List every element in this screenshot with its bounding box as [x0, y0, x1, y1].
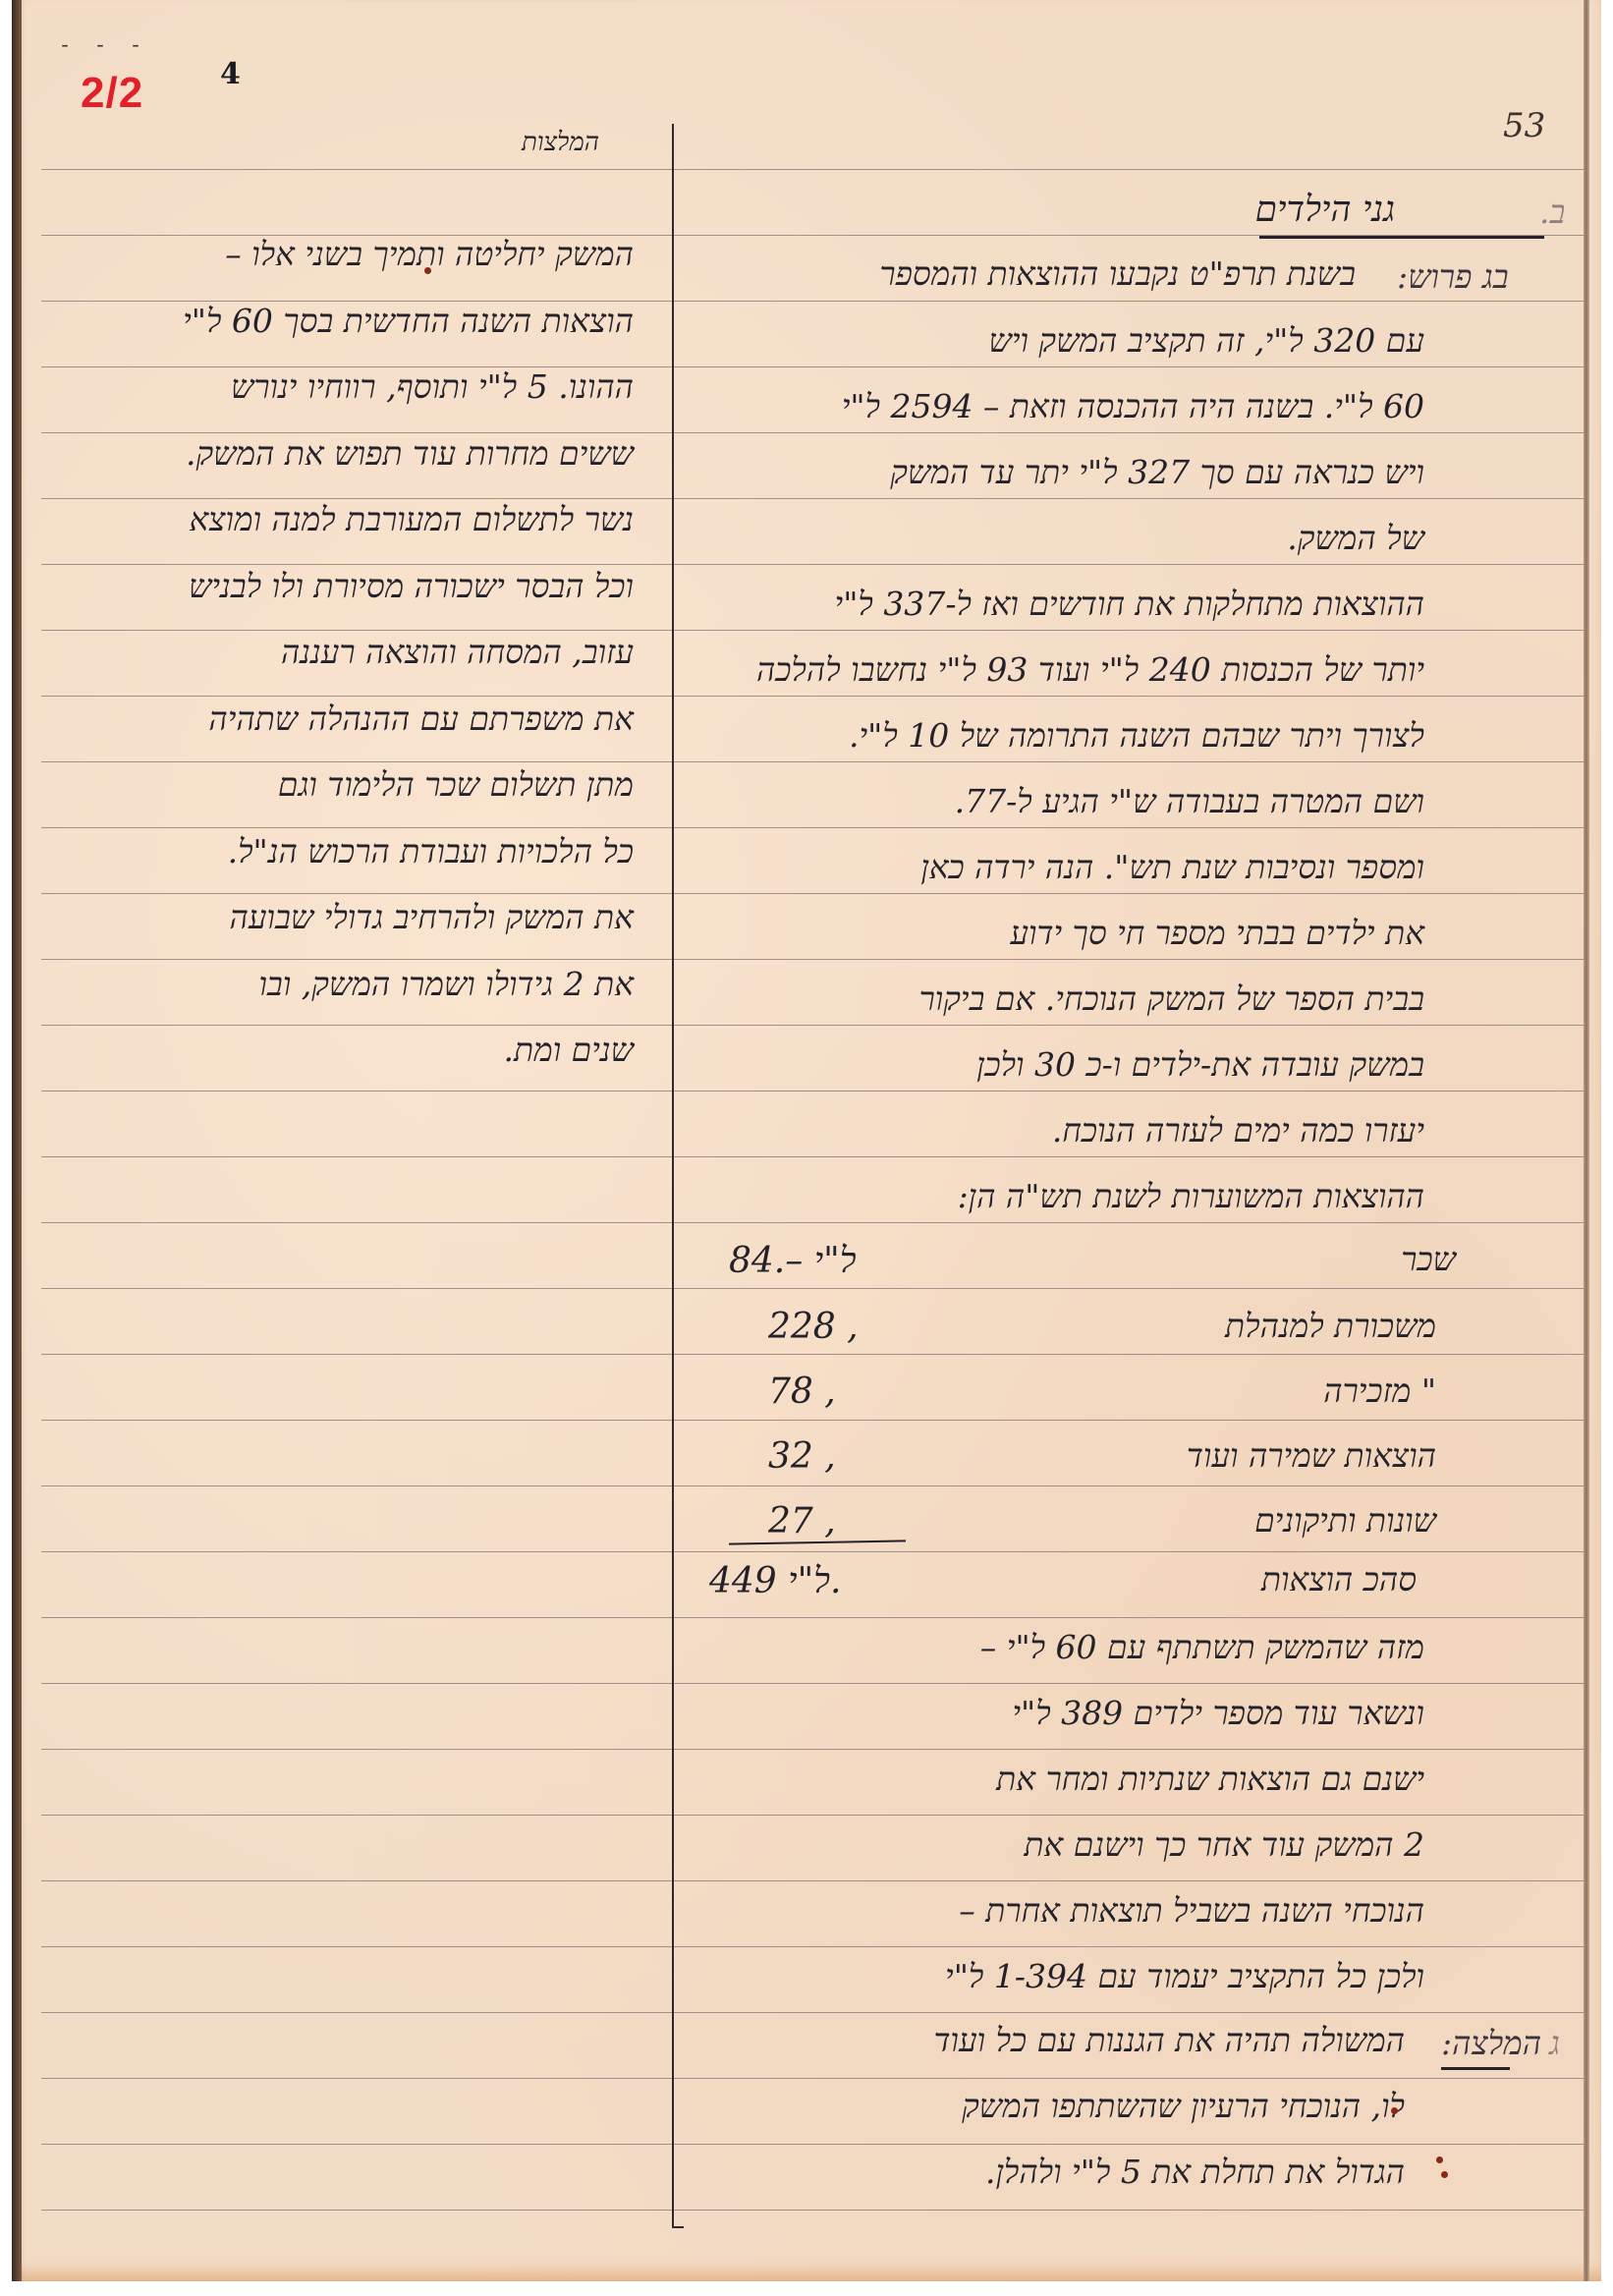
ledger-header-label: שכר — [1401, 1240, 1456, 1279]
left-column-heading: המלצות — [522, 130, 599, 155]
post-ledger-line: 2 המשק עוד אחר כך וישנם את — [1024, 1828, 1424, 1861]
section-a-line: יעזרו כמה ימים לעזרה הנוכח. — [1052, 1114, 1424, 1147]
ledger-header-value: 84.– ל"י — [729, 1240, 857, 1281]
ledger-row: משכורת למנהלת228 , — [690, 1307, 1456, 1352]
ledger-row-value: 32 , — [768, 1436, 836, 1477]
left-column-line: עזוב, המסחה והוצאה רעננה — [281, 636, 634, 668]
page-edge — [1584, 0, 1589, 2281]
section-a-line: במשק עובדה את-ילדים ו-כ 30 ולכן — [976, 1048, 1424, 1081]
section-a-line: לצורך ויתר שבהם השנה התרומה של 10 ל"י. — [849, 719, 1424, 752]
ink-spot — [1391, 2107, 1398, 2114]
ruled-line — [41, 432, 1584, 433]
section-a-marker: ב. — [1539, 193, 1565, 232]
post-ledger-line: ונשאר עוד מספר ילדים 389 ל"י — [1012, 1697, 1424, 1729]
ledger-row-value: 78 , — [768, 1372, 836, 1412]
notebook-page: - - - 2/2 4 53 המלצות המשק יחליטה ותמיך … — [12, 0, 1601, 2281]
ruled-line — [41, 1880, 1584, 1881]
ruled-line — [41, 1091, 1584, 1092]
section-b-line: הגדול את תחלת את 5 ל"י ולהלן. — [985, 2156, 1405, 2188]
left-column-line: ההונו. 5 ל"י ותוסף, רווחיו ינורש — [231, 370, 634, 403]
ledger-row-value: 228 , — [768, 1307, 859, 1347]
ink-spot — [1441, 2171, 1448, 2178]
section-b-marker: ג — [1549, 2024, 1560, 2063]
left-column-line: כל הלכויות ועבודת הרכוש הנ"ל. — [228, 835, 634, 868]
section-b-line: לו, הנוכחי הרעיון שהשתתפו המשק — [962, 2090, 1405, 2122]
ruled-line — [41, 564, 1584, 565]
ruled-line — [41, 2078, 1584, 2079]
ruled-line — [41, 893, 1584, 894]
ledger-row-label: משכורת למנהלת — [1225, 1307, 1436, 1346]
section-a-title: גני הילדים — [1255, 193, 1395, 228]
ruled-line — [41, 1156, 1584, 1157]
section-a-line: ושם המטרה בעבודה ש"י הגיע ל-77. — [955, 785, 1424, 817]
folio-number: 53 — [1503, 106, 1545, 145]
ledger-total-label: סהכ הוצאות — [1261, 1560, 1417, 1599]
ruled-line — [41, 761, 1584, 762]
post-ledger-line: מזה שהמשק תשתתף עם 60 ל"י – — [980, 1631, 1424, 1663]
column-divider-foot — [672, 2226, 684, 2228]
ruled-line — [41, 1222, 1584, 1223]
ruled-line — [41, 1420, 1584, 1421]
ruled-line — [41, 1946, 1584, 1947]
ruled-line — [41, 630, 1584, 631]
section-a-line: עם 320 ל"י, זה תקציב המשק ויש — [988, 324, 1424, 357]
top-dashes: - - - — [59, 35, 147, 58]
left-column-line: וכל הבסר ישכורה מסיורת ולו לבניש — [189, 570, 634, 602]
ink-spot — [1436, 2156, 1443, 2163]
post-ledger-line: הנוכחי השנה בשביל תוצאות אחרת – — [959, 1894, 1424, 1927]
post-ledger-line: ולכן כל התקציב יעמוד עם 1-394 ל"י — [945, 1960, 1424, 1992]
ruled-line — [41, 827, 1584, 828]
ledger-row-value: 27 , — [768, 1501, 836, 1541]
ruled-line — [41, 1288, 1584, 1289]
ledger-header-row: שכר 84.– ל"י — [690, 1240, 1456, 1285]
section-a-line: 60 ל"י. בשנה היה ההכנסה וזאת – 2594 ל"י — [842, 390, 1424, 422]
section-a-line: ומספר ונסיבות שנת תש". הנה ירדה כאן — [920, 851, 1424, 883]
section-a-line: ההוצאות המשוערות לשנת תש"ה הן: — [958, 1180, 1424, 1212]
ruled-line — [41, 2012, 1584, 2013]
ledger-row: הוצאות שמירה ועוד32 , — [690, 1436, 1456, 1482]
section-a-line: ויש כנראה עם סך 327 ל"י יתר עד המשק — [890, 456, 1424, 488]
ledger-total-row: סהכ הוצאות 449 ל"י. — [690, 1560, 1456, 1605]
section-b-title-underline — [1441, 2067, 1510, 2070]
left-column-line: הוצאות השנה החדשית בסך 60 ל"י — [183, 305, 634, 337]
ledger-row-label: שונות ותיקונים — [1254, 1501, 1436, 1540]
ruled-line — [41, 1025, 1584, 1026]
left-column-line: את משפרתם עם ההנהלה שתהיה — [208, 702, 634, 735]
ledger-row-label: הוצאות שמירה ועוד — [1187, 1436, 1436, 1476]
section-b-line: המשולה תהיה את הגננות עם כל ועוד — [934, 2024, 1405, 2056]
left-column-line: שנים ומת. — [504, 1034, 634, 1066]
section-a-entries-label: בג פרוש: — [1397, 257, 1509, 297]
ruled-line — [41, 1815, 1584, 1816]
section-a-line: בשנת תרפ"ט נקבעו ההוצאות והמספר — [879, 257, 1356, 290]
ruled-line — [41, 1617, 1584, 1618]
ruled-line — [41, 2210, 1584, 2211]
ink-spot — [424, 267, 431, 274]
ruled-line — [41, 1485, 1584, 1486]
column-divider — [672, 124, 674, 2226]
left-column-line: המשק יחליטה ותמיך בשני אלו – — [225, 238, 634, 270]
left-column-line: את 2 גידולו ושמרו המשק, ובו — [258, 968, 634, 1000]
ruled-line — [41, 2144, 1584, 2145]
section-a-line: של המשק. — [1287, 522, 1424, 554]
left-column-line: נשר לתשלום המעורבת למנה ומוצא — [189, 503, 634, 535]
section-a-line: ההוצאות מתחלקות את חודשים ואז ל-337 ל"י — [835, 588, 1424, 620]
section-a-line: בבית הספר של המשק הנוכחי. אם ביקור — [919, 982, 1424, 1015]
ledger-total-value: 449 ל"י. — [709, 1560, 841, 1601]
section-a-line: את ילדים בבתי מספר חי סך ידוע — [1010, 917, 1424, 949]
ruled-line — [41, 169, 1584, 170]
ruled-line — [41, 498, 1584, 499]
ruled-line — [41, 1354, 1584, 1355]
left-column-line: ששים מחרות עוד תפוש את המשק. — [186, 437, 634, 470]
ruled-line — [41, 1749, 1584, 1750]
ledger-row: שונות ותיקונים27 , — [690, 1501, 1456, 1546]
ruled-line — [41, 696, 1584, 697]
section-b-title: המלצה: — [1441, 2024, 1541, 2063]
ruled-line — [41, 1683, 1584, 1684]
ruled-line — [41, 959, 1584, 960]
page-count-annotation: 2/2 — [81, 69, 143, 118]
ledger-row-label: " מזכירה — [1323, 1372, 1436, 1411]
ruled-line — [41, 1551, 1584, 1552]
post-ledger-line: ישנם גם הוצאות שנתיות ומחר את — [996, 1763, 1424, 1795]
section-a-title-underline — [1259, 236, 1544, 239]
ledger-row: " מזכירה78 , — [690, 1372, 1456, 1417]
binding-edge — [12, 0, 22, 2281]
left-column-line: מתן תשלום שכר הלימוד וגם — [278, 768, 634, 801]
section-a-line: יותר של הכנסות 240 ל"י ועוד 93 ל"י נחשבו… — [756, 653, 1424, 686]
page-number: 4 — [220, 57, 241, 91]
left-column-line: את המשק ולהרחיב גדולי שבועה — [229, 901, 634, 933]
